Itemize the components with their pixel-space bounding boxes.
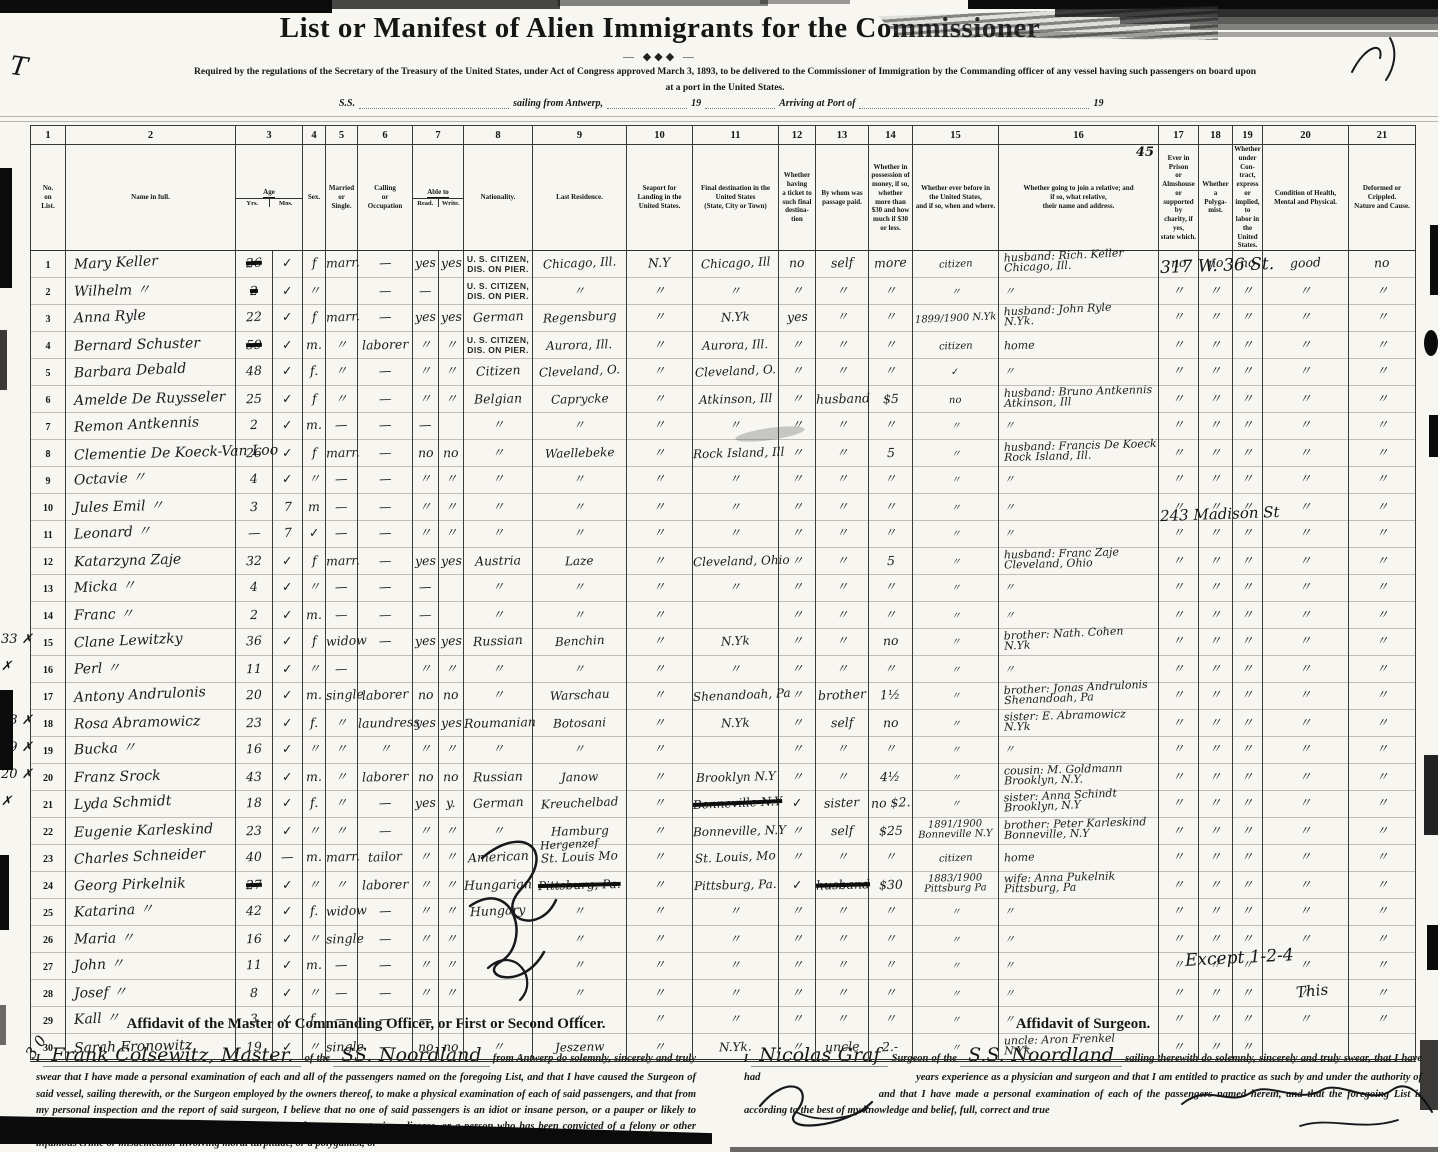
cell-paid: 〃	[816, 467, 869, 494]
cell-money: 〃	[869, 332, 913, 359]
table-row: 9Octavie 〃4✓〃——〃〃〃〃〃〃〃〃〃〃〃〃〃〃〃〃	[31, 467, 1416, 494]
cell-read: 〃	[413, 818, 439, 845]
cell-money: no	[869, 710, 913, 737]
cell-yrs: 2	[236, 278, 273, 305]
year-2: 19	[1089, 98, 1107, 109]
cell-polygamist: 〃	[1199, 305, 1233, 332]
cell-destination: 〃	[693, 494, 779, 521]
cell-read: no	[413, 440, 439, 467]
cell-ticket: 〃	[779, 467, 816, 494]
cell-mos: ✓	[273, 359, 303, 386]
cell-destination: Brooklyn N.Y	[693, 764, 779, 791]
cell-write	[439, 575, 464, 602]
cell-married: single	[326, 926, 358, 953]
cell-married: —	[326, 980, 358, 1007]
cell-mos: ✓	[273, 818, 303, 845]
cell-deformed: 〃	[1349, 278, 1416, 305]
cell-nationality: Citizen	[464, 359, 533, 386]
cell-residence: Janow	[533, 764, 627, 791]
cell-mos: ✓	[273, 1034, 303, 1061]
cell-prison: 〃	[1159, 602, 1199, 629]
scan-artifact	[0, 330, 7, 390]
table-row: 29Kall 〃3✓f.———〃〃〃〃〃〃〃〃〃〃〃〃〃	[31, 1007, 1416, 1034]
cell-residence: 〃	[533, 521, 627, 548]
cell-write: yes	[439, 305, 464, 332]
cell-money: 〃	[869, 575, 913, 602]
scan-artifact	[995, 32, 1438, 37]
cell-no: 21✗	[31, 791, 66, 818]
cell-no: 1818 ✗	[31, 710, 66, 737]
cell-occupation	[358, 656, 413, 683]
cell-no: 1919 ✗	[31, 737, 66, 764]
printed-text: years experience as a physician and surg…	[913, 1072, 1422, 1083]
cell-write: 〃	[439, 899, 464, 926]
cell-destination: Shenandoah, Pa	[693, 683, 779, 710]
cell-money: 〃	[869, 1007, 913, 1034]
cell-occupation: —	[358, 278, 413, 305]
cell-relative: 〃	[999, 953, 1159, 980]
cell-seaport: 〃	[627, 926, 693, 953]
cell-contract: 〃	[1233, 845, 1263, 872]
cell-residence: 〃	[533, 953, 627, 980]
cell-name: Barbara Debald	[66, 359, 236, 386]
cell-polygamist: 〃	[1199, 1034, 1233, 1061]
cell-relative: brother: Nath. CohenN.Yk	[999, 629, 1159, 656]
col-header: Whether inpossession ofmoney, if so,whet…	[869, 145, 913, 251]
cell-read: 〃	[413, 845, 439, 872]
cell-nationality: Austria	[464, 548, 533, 575]
cell-destination: 〃	[693, 899, 779, 926]
cell-yrs: 3	[236, 1007, 273, 1034]
cell-seaport: 〃	[627, 386, 693, 413]
cell-yrs: 20	[236, 683, 273, 710]
cell-health: good	[1263, 251, 1349, 278]
col-number: 10	[627, 126, 693, 145]
cell-before: 〃	[913, 575, 999, 602]
cell-nationality: Belgian	[464, 386, 533, 413]
cell-residence: Laze	[533, 548, 627, 575]
cell-mos: —	[273, 845, 303, 872]
cell-residence: 〃	[533, 602, 627, 629]
cell-paid: 〃	[816, 629, 869, 656]
column-headers: No.onList.Name in full.AgeYrs.Mos.Sex.Ma…	[31, 145, 1416, 251]
cell-before: 1883/1900Pittsburg Pa	[913, 872, 999, 899]
cell-before: citizen	[913, 845, 999, 872]
cell-occupation: —	[358, 980, 413, 1007]
table-row: 7Remon Antkennis2✓m.———〃〃〃〃〃〃〃〃〃〃〃〃〃〃	[31, 413, 1416, 440]
cell-before: citizen	[913, 332, 999, 359]
cell-money: 〃	[869, 467, 913, 494]
cell-married: 〃	[326, 791, 358, 818]
cell-polygamist: 〃	[1199, 548, 1233, 575]
cell-nationality	[464, 980, 533, 1007]
cell-married: 〃	[326, 332, 358, 359]
cell-yrs: 48	[236, 359, 273, 386]
cell-health: 〃	[1263, 656, 1349, 683]
table-row: 26Maria 〃16✓〃single—〃〃〃〃〃〃〃〃〃〃〃〃〃〃〃	[31, 926, 1416, 953]
cell-destination: N.Yk	[693, 710, 779, 737]
cell-deformed: 〃	[1349, 1007, 1416, 1034]
cell-name: Bernard Schuster	[66, 332, 236, 359]
cell-ticket: 〃	[779, 737, 816, 764]
cell-sex: 〃	[303, 872, 326, 899]
table-row: 3Anna Ryle22✓fmarr.—yesyesGermanRegensbu…	[31, 305, 1416, 332]
cell-sex: f	[303, 386, 326, 413]
cell-sex: 〃	[303, 656, 326, 683]
cell-prison: 〃	[1159, 386, 1199, 413]
cell-contract: 〃	[1233, 467, 1263, 494]
cell-yrs: 43	[236, 764, 273, 791]
cell-prison: 〃	[1159, 683, 1199, 710]
cell-relative: 〃	[999, 467, 1159, 494]
cell-seaport: 〃	[627, 764, 693, 791]
cell-health: 〃	[1263, 1007, 1349, 1034]
cell-write: 〃	[439, 467, 464, 494]
cell-married: 〃	[326, 764, 358, 791]
cell-no: 13	[31, 575, 66, 602]
cell-no: 7	[31, 413, 66, 440]
cell-name: Rosa Abramowicz	[66, 710, 236, 737]
cell-before: 〃	[913, 953, 999, 980]
cell-paid: uncle	[816, 1034, 869, 1061]
sailing-from-label: sailing from Antwerp,	[509, 98, 607, 109]
cell-seaport: N.Y	[627, 251, 693, 278]
cell-residence: 〃	[533, 899, 627, 926]
cell-residence: Botosani	[533, 710, 627, 737]
cell-deformed: 〃	[1349, 710, 1416, 737]
cell-write: yes	[439, 548, 464, 575]
cell-polygamist: 〃	[1199, 710, 1233, 737]
cell-ticket: 〃	[779, 1034, 816, 1061]
cell-yrs: —	[236, 521, 273, 548]
cell-occupation: —	[358, 305, 413, 332]
cell-relative: husband: Franc ZajeCleveland, Ohio	[999, 548, 1159, 575]
cell-contract: 〃	[1233, 1034, 1263, 1061]
cell-nationality	[464, 953, 533, 980]
cell-name: Lyda Schmidt	[66, 791, 236, 818]
cell-relative: 〃	[999, 575, 1159, 602]
cell-seaport: 〃	[627, 899, 693, 926]
blank-gap	[763, 1072, 913, 1080]
cell-money: $30	[869, 872, 913, 899]
cell-sex: f.	[303, 791, 326, 818]
cell-seaport: 〃	[627, 494, 693, 521]
col-number: 14	[869, 126, 913, 145]
cell-paid: self	[816, 251, 869, 278]
cell-before: citizen	[913, 251, 999, 278]
cell-before: 〃	[913, 791, 999, 818]
cell-relative: uncle: Aron FrenkelN.Yk.	[999, 1034, 1159, 1061]
cell-mos: ✓	[273, 467, 303, 494]
cell-polygamist: 〃	[1199, 980, 1233, 1007]
cell-health: 〃	[1263, 521, 1349, 548]
cell-paid: 〃	[816, 602, 869, 629]
cell-yrs: 25	[236, 386, 273, 413]
cell-no: 28	[31, 980, 66, 1007]
rule-line	[0, 116, 1438, 117]
cell-health: 〃	[1263, 764, 1349, 791]
cell-relative: 〃	[999, 1007, 1159, 1034]
cell-prison: 〃	[1159, 278, 1199, 305]
scan-artifact	[0, 0, 332, 13]
cell-deformed: no	[1349, 251, 1416, 278]
cell-write: 〃	[439, 818, 464, 845]
cell-occupation: laborer	[358, 683, 413, 710]
cell-yrs: 40	[236, 845, 273, 872]
cell-polygamist: 〃	[1199, 737, 1233, 764]
cell-no: 26	[31, 926, 66, 953]
table-row: 12Katarzyna Zaje32✓fmarr.—yesyesAustriaL…	[31, 548, 1416, 575]
margin-ink-note: ✗	[1, 659, 12, 674]
cell-before: 〃	[913, 278, 999, 305]
cell-prison: 〃	[1159, 467, 1199, 494]
cell-name: Mary Keller	[66, 251, 236, 278]
cell-relative: 〃	[999, 899, 1159, 926]
cell-occupation: —	[358, 602, 413, 629]
cell-residence: 〃	[533, 737, 627, 764]
cell-prison: 〃	[1159, 1007, 1199, 1034]
cell-occupation: —	[358, 818, 413, 845]
cell-name: Amelde De Ruysseler	[66, 386, 236, 413]
cell-seaport: 〃	[627, 629, 693, 656]
cell-mos: ✓	[273, 1007, 303, 1034]
cell-no: 17	[31, 683, 66, 710]
us-citizen-stamp: U. S. CITIZEN,DIS. ON PIER.	[464, 254, 532, 274]
col-number: 12	[779, 126, 816, 145]
cell-health: 〃	[1263, 413, 1349, 440]
cell-married: 〃	[326, 386, 358, 413]
cell-seaport: 〃	[627, 737, 693, 764]
cell-write: 〃	[439, 845, 464, 872]
table-row: 13Micka 〃4✓〃———〃〃〃〃〃〃〃〃〃〃〃〃〃〃	[31, 575, 1416, 602]
cell-deformed: 〃	[1349, 494, 1416, 521]
cell-money: 〃	[869, 602, 913, 629]
cell-read: 〃	[413, 359, 439, 386]
cell-paid: 〃	[816, 845, 869, 872]
cell-paid: 〃	[816, 305, 869, 332]
ink-note-this: This	[1295, 980, 1329, 1001]
cell-contract: 〃	[1233, 818, 1263, 845]
cell-destination: St. Louis, Mo	[693, 845, 779, 872]
cell-seaport: 〃	[627, 1007, 693, 1034]
cell-prison: 〃	[1159, 737, 1199, 764]
cell-destination: 〃	[693, 926, 779, 953]
table-row: 23Charles Schneider40—m.marr.tailor〃〃Ame…	[31, 845, 1416, 872]
regulation-text: Required by the regulations of the Secre…	[60, 64, 1390, 96]
cell-ticket: 〃	[779, 1007, 816, 1034]
cell-nationality: Roumanian	[464, 710, 533, 737]
cell-sex: f.	[303, 1007, 326, 1034]
cell-mos: ✓	[273, 278, 303, 305]
cell-deformed: 〃	[1349, 467, 1416, 494]
cell-write: 〃	[439, 872, 464, 899]
cell-nationality: Hungarian	[464, 872, 533, 899]
col-header: Able toRead.Write.	[413, 145, 464, 251]
cell-paid: 〃	[816, 899, 869, 926]
table-row: 25Katarina 〃42✓f.widow—〃〃Hungary〃〃〃〃〃〃〃〃…	[31, 899, 1416, 926]
cell-before: 〃	[913, 764, 999, 791]
col-number: 18	[1199, 126, 1233, 145]
cell-yrs: 8	[236, 980, 273, 1007]
cell-occupation: —	[358, 548, 413, 575]
cell-deformed: 〃	[1349, 926, 1416, 953]
cell-sex: 〃	[303, 278, 326, 305]
cell-contract: 〃	[1233, 548, 1263, 575]
cell-money: 〃	[869, 953, 913, 980]
cell-occupation: laborer	[358, 332, 413, 359]
cell-mos: ✓	[273, 413, 303, 440]
cell-residence: Waellebeke	[533, 440, 627, 467]
cell-read: 〃	[413, 899, 439, 926]
cell-destination	[693, 602, 779, 629]
col-header: WhetheraPolyga-mist.	[1199, 145, 1233, 251]
scan-artifact	[1429, 415, 1438, 457]
cell-name: Charles Schneider	[66, 845, 236, 872]
cell-before: 〃	[913, 521, 999, 548]
cell-ticket: 〃	[779, 953, 816, 980]
cell-contract: 〃	[1233, 683, 1263, 710]
cell-ticket: 〃	[779, 332, 816, 359]
cell-destination: Chicago, Ill	[693, 251, 779, 278]
cell-mos: ✓	[273, 764, 303, 791]
col-header: Deformed or Crippled.Nature and Cause.	[1349, 145, 1416, 251]
cell-ticket: 〃	[779, 899, 816, 926]
cell-no: 25	[31, 899, 66, 926]
cell-prison: 〃	[1159, 845, 1199, 872]
cell-residence: 〃	[533, 278, 627, 305]
rule-line	[0, 121, 1438, 122]
cell-before: 〃	[913, 737, 999, 764]
cell-nationality: German	[464, 305, 533, 332]
cell-name: Antony Andrulonis	[66, 683, 236, 710]
cell-paid: 〃	[816, 926, 869, 953]
cell-polygamist: 〃	[1199, 629, 1233, 656]
cell-married: marr.	[326, 440, 358, 467]
table-row: 1533 ✗Clane Lewitzky36✓fwidow—yesyesRuss…	[31, 629, 1416, 656]
cell-contract: 〃	[1233, 656, 1263, 683]
cell-ticket: 〃	[779, 521, 816, 548]
cell-paid: 〃	[816, 521, 869, 548]
col-number: 17	[1159, 126, 1199, 145]
cell-nationality: 〃	[464, 737, 533, 764]
cell-money: no	[869, 629, 913, 656]
cell-relative: husband: Francis De KoeckRock Island, Il…	[999, 440, 1159, 467]
cell-polygamist: 〃	[1199, 683, 1233, 710]
cell-polygamist: 〃	[1199, 1007, 1233, 1034]
cell-read: no	[413, 683, 439, 710]
cell-deformed: 〃	[1349, 845, 1416, 872]
cell-name: Bucka 〃	[66, 737, 236, 764]
cell-before: no	[913, 386, 999, 413]
cell-relative: 〃	[999, 494, 1159, 521]
cell-seaport: 〃	[627, 683, 693, 710]
cell-deformed: 〃	[1349, 332, 1416, 359]
cell-name: Georg Pirkelnik	[66, 872, 236, 899]
cell-money: 〃	[869, 305, 913, 332]
cell-deformed	[1349, 1034, 1416, 1061]
cell-deformed: 〃	[1349, 872, 1416, 899]
cell-residence: 〃	[533, 926, 627, 953]
us-citizen-stamp: U. S. CITIZEN,DIS. ON PIER.	[464, 281, 532, 301]
cell-name: Wilhelm 〃	[66, 278, 236, 305]
cell-destination: 〃	[693, 278, 779, 305]
cell-write: 〃	[439, 521, 464, 548]
cell-health: 〃	[1263, 710, 1349, 737]
cell-seaport: 〃	[627, 548, 693, 575]
cell-health: 〃	[1263, 467, 1349, 494]
cell-prison: 〃	[1159, 818, 1199, 845]
cell-name: Josef 〃	[66, 980, 236, 1007]
col-header: By whom waspassage paid.	[816, 145, 869, 251]
cell-before: 〃	[913, 548, 999, 575]
cell-contract: 〃	[1233, 575, 1263, 602]
cell-nationality: American	[464, 845, 533, 872]
cell-prison: 〃	[1159, 764, 1199, 791]
cell-read: 〃	[413, 521, 439, 548]
cell-contract: 〃	[1233, 359, 1263, 386]
cell-yrs: 2	[236, 413, 273, 440]
table-row: 4Bernard Schuster59✓m.〃laborer〃〃U. S. CI…	[31, 332, 1416, 359]
cell-paid: 〃	[816, 980, 869, 1007]
cell-ticket: 〃	[779, 575, 816, 602]
cell-deformed: 〃	[1349, 305, 1416, 332]
cell-health: 〃	[1263, 872, 1349, 899]
cell-residence: Chicago, Ill.	[533, 251, 627, 278]
col-header: Ever in Prisonor Almshouse orsupported b…	[1159, 145, 1199, 251]
cell-married: marr.	[326, 251, 358, 278]
cell-occupation: —	[358, 1007, 413, 1034]
cell-prison: 〃	[1159, 548, 1199, 575]
cell-yrs: 4	[236, 467, 273, 494]
ss-label: S.S.	[335, 98, 359, 109]
scan-artifact	[1055, 9, 1438, 17]
cell-before: 〃	[913, 1034, 999, 1061]
cell-yrs: 3	[236, 494, 273, 521]
cell-yrs: 23	[236, 710, 273, 737]
cell-residence: 〃	[533, 467, 627, 494]
cell-ticket: ✓	[779, 791, 816, 818]
cell-destination: Rock Island, Ill	[693, 440, 779, 467]
cell-prison: 〃	[1159, 710, 1199, 737]
cell-prison: 〃	[1159, 656, 1199, 683]
cell-before: 〃	[913, 710, 999, 737]
cell-money: 〃	[869, 737, 913, 764]
cell-write	[439, 602, 464, 629]
cell-write: no	[439, 764, 464, 791]
cell-seaport: 〃	[627, 359, 693, 386]
col-header: AgeYrs.Mos.	[236, 145, 303, 251]
cell-mos: ✓	[273, 953, 303, 980]
cell-residence: Jeszenw	[533, 1034, 627, 1061]
cell-paid: 〃	[816, 278, 869, 305]
cell-ticket: yes	[779, 305, 816, 332]
cell-write: no	[439, 440, 464, 467]
cell-health: 〃	[1263, 818, 1349, 845]
col-header: No.onList.	[31, 145, 66, 251]
cell-deformed: 〃	[1349, 737, 1416, 764]
cell-sex: m.	[303, 602, 326, 629]
cell-prison: 〃	[1159, 1034, 1199, 1061]
cell-deformed: 〃	[1349, 575, 1416, 602]
cell-destination: 〃	[693, 1007, 779, 1034]
cell-occupation: laundress	[358, 710, 413, 737]
cell-mos: 7	[273, 494, 303, 521]
cell-no: 12	[31, 548, 66, 575]
col-number: 13	[816, 126, 869, 145]
cell-seaport: 〃	[627, 305, 693, 332]
cell-read: —	[413, 575, 439, 602]
cell-write: 〃	[439, 494, 464, 521]
